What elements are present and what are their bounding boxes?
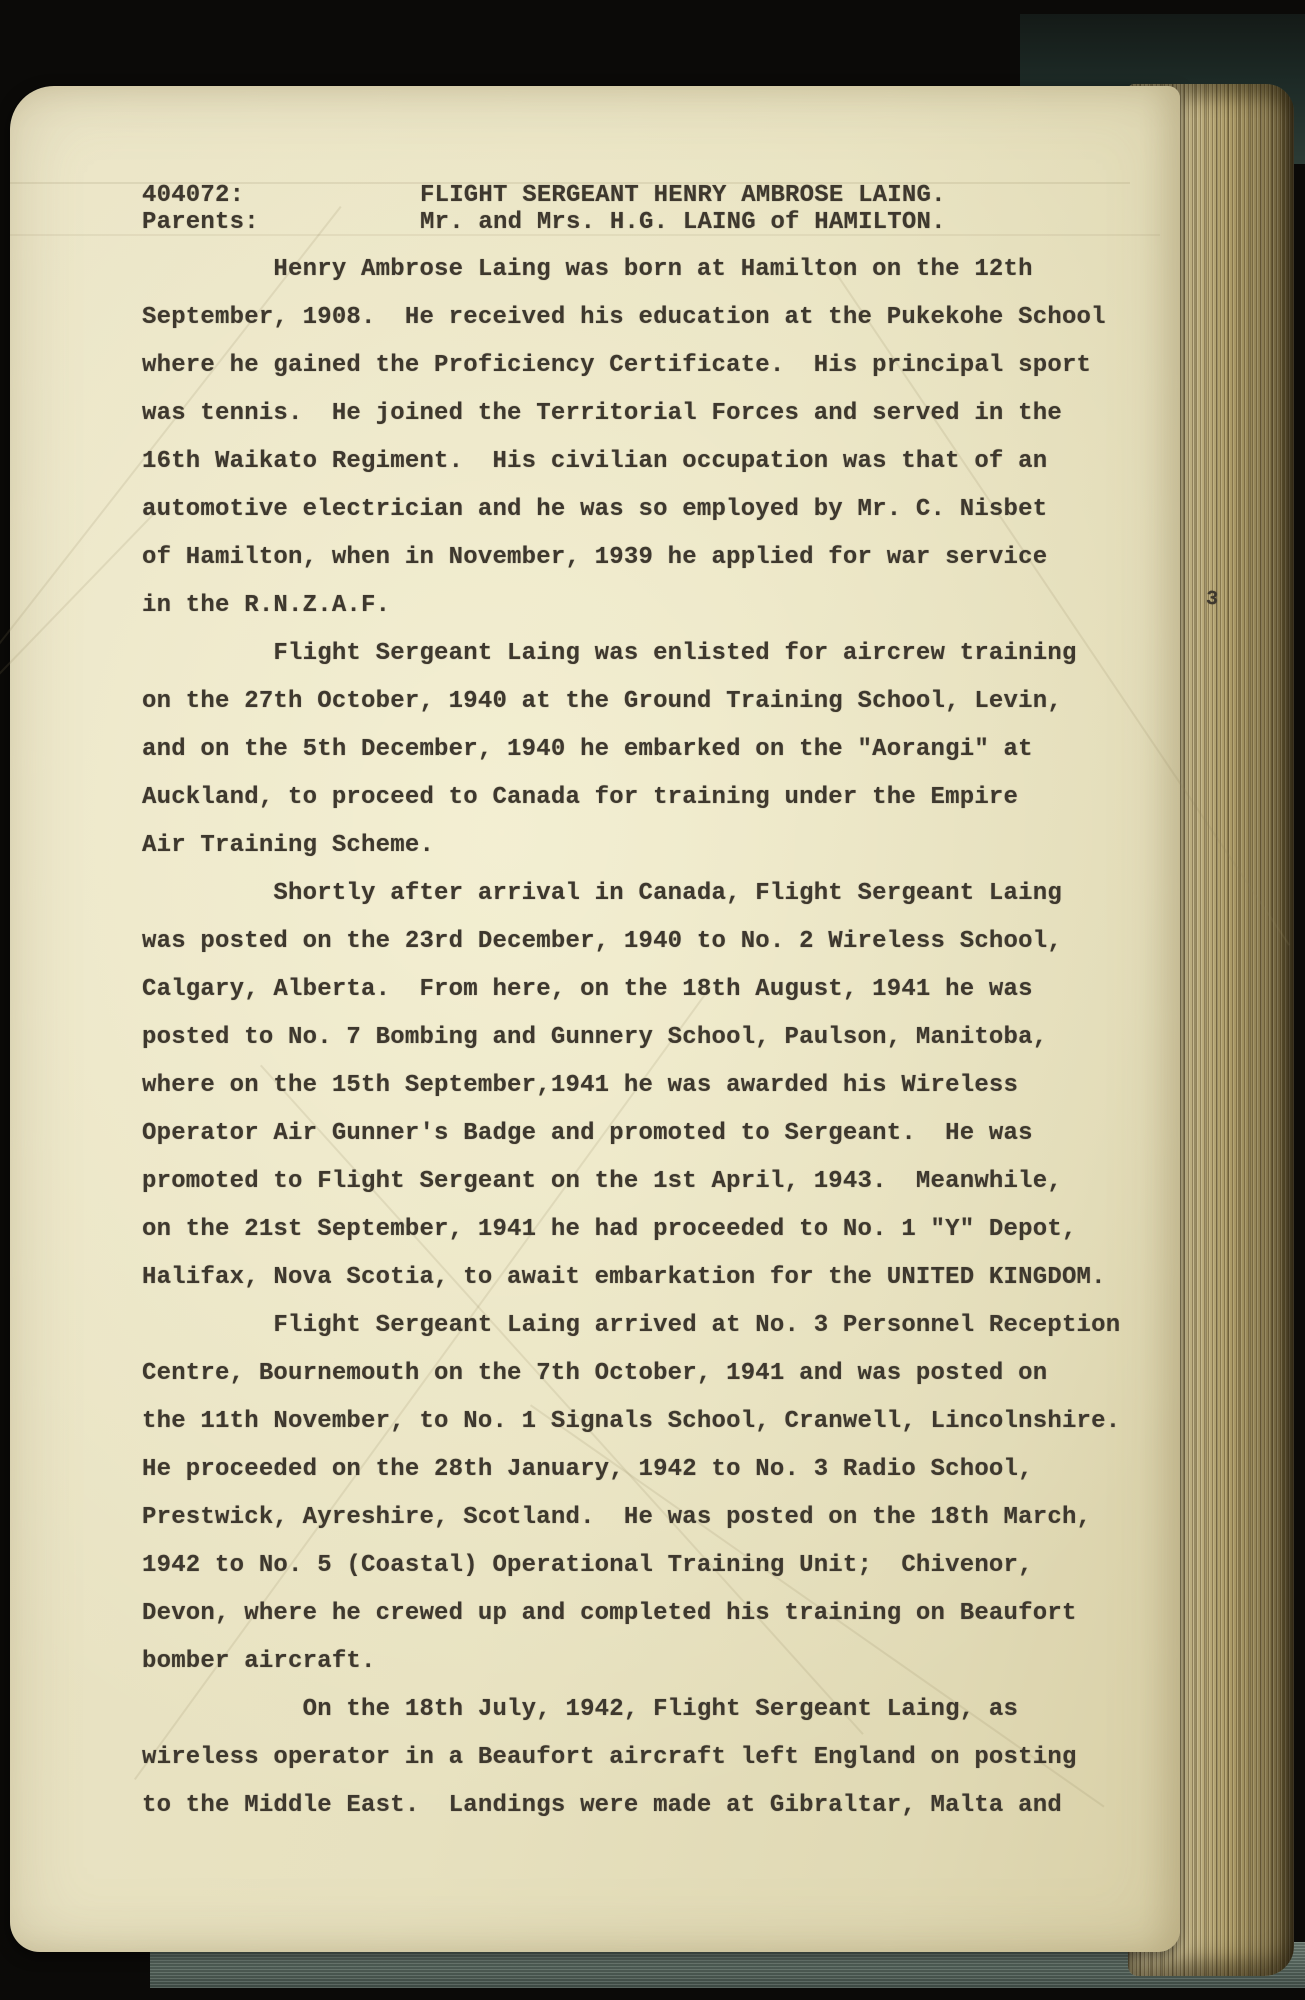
typed-line: Flight Sergeant Laing was enlisted for a… [142,630,1120,678]
typed-line: He proceeded on the 28th January, 1942 t… [142,1446,1120,1494]
typed-line: Flight Sergeant Laing arrived at No. 3 P… [142,1302,1120,1350]
fore-edge-mark: 3 [1205,588,1219,612]
typed-line: Operator Air Gunner's Badge and promoted… [142,1110,1120,1158]
typed-line: Centre, Bournemouth on the 7th October, … [142,1350,1120,1398]
record-header: 404072: FLIGHT SERGEANT HENRY AMBROSE LA… [142,182,946,236]
typed-line: was tennis. He joined the Territorial Fo… [142,390,1120,438]
typed-line: the 11th November, to No. 1 Signals Scho… [142,1398,1120,1446]
typed-line: where on the 15th September,1941 he was … [142,1062,1120,1110]
scanned-book-photo: 3 404072: FLIGHT SERGEANT HENRY AMBROSE … [0,0,1305,2000]
typed-line: bomber aircraft. [142,1638,1120,1686]
typed-line: Air Training Scheme. [142,822,1120,870]
typed-line: on the 21st September, 1941 he had proce… [142,1206,1120,1254]
typed-line: where he gained the Proficiency Certific… [142,342,1120,390]
typed-line: 1942 to No. 5 (Coastal) Operational Trai… [142,1542,1120,1590]
typed-line: Prestwick, Ayreshire, Scotland. He was p… [142,1494,1120,1542]
document-page: 404072: FLIGHT SERGEANT HENRY AMBROSE LA… [10,86,1180,1952]
typed-line: Devon, where he crewed up and completed … [142,1590,1120,1638]
parents-value: Mr. and Mrs. H.G. LAING of HAMILTON. [420,209,946,236]
typed-line: Henry Ambrose Laing was born at Hamilton… [142,246,1120,294]
typed-line: to the Middle East. Landings were made a… [142,1782,1120,1830]
typed-line: September, 1908. He received his educati… [142,294,1120,342]
typed-line: on the 27th October, 1940 at the Ground … [142,678,1120,726]
typed-line: 16th Waikato Regiment. His civilian occu… [142,438,1120,486]
typed-line: On the 18th July, 1942, Flight Sergeant … [142,1686,1120,1734]
typed-line: of Hamilton, when in November, 1939 he a… [142,534,1120,582]
parents-label: Parents: [142,209,420,236]
typed-line: automotive electrician and he was so emp… [142,486,1120,534]
typed-line: promoted to Flight Sergeant on the 1st A… [142,1158,1120,1206]
typed-line: Shortly after arrival in Canada, Flight … [142,870,1120,918]
typed-line: Auckland, to proceed to Canada for train… [142,774,1120,822]
record-title: FLIGHT SERGEANT HENRY AMBROSE LAING. [420,182,946,209]
service-number-row: 404072: FLIGHT SERGEANT HENRY AMBROSE LA… [142,182,946,209]
typed-body: Henry Ambrose Laing was born at Hamilton… [142,246,1120,1830]
typed-line: Halifax, Nova Scotia, to await embarkati… [142,1254,1120,1302]
parents-row: Parents: Mr. and Mrs. H.G. LAING of HAMI… [142,209,946,236]
typed-line: was posted on the 23rd December, 1940 to… [142,918,1120,966]
paper-scratch [0,506,161,953]
typed-line: wireless operator in a Beaufort aircraft… [142,1734,1120,1782]
typed-line: posted to No. 7 Bombing and Gunnery Scho… [142,1014,1120,1062]
typed-line: Calgary, Alberta. From here, on the 18th… [142,966,1120,1014]
typed-line: in the R.N.Z.A.F. [142,582,1120,630]
service-number: 404072: [142,182,420,209]
typed-line: and on the 5th December, 1940 he embarke… [142,726,1120,774]
